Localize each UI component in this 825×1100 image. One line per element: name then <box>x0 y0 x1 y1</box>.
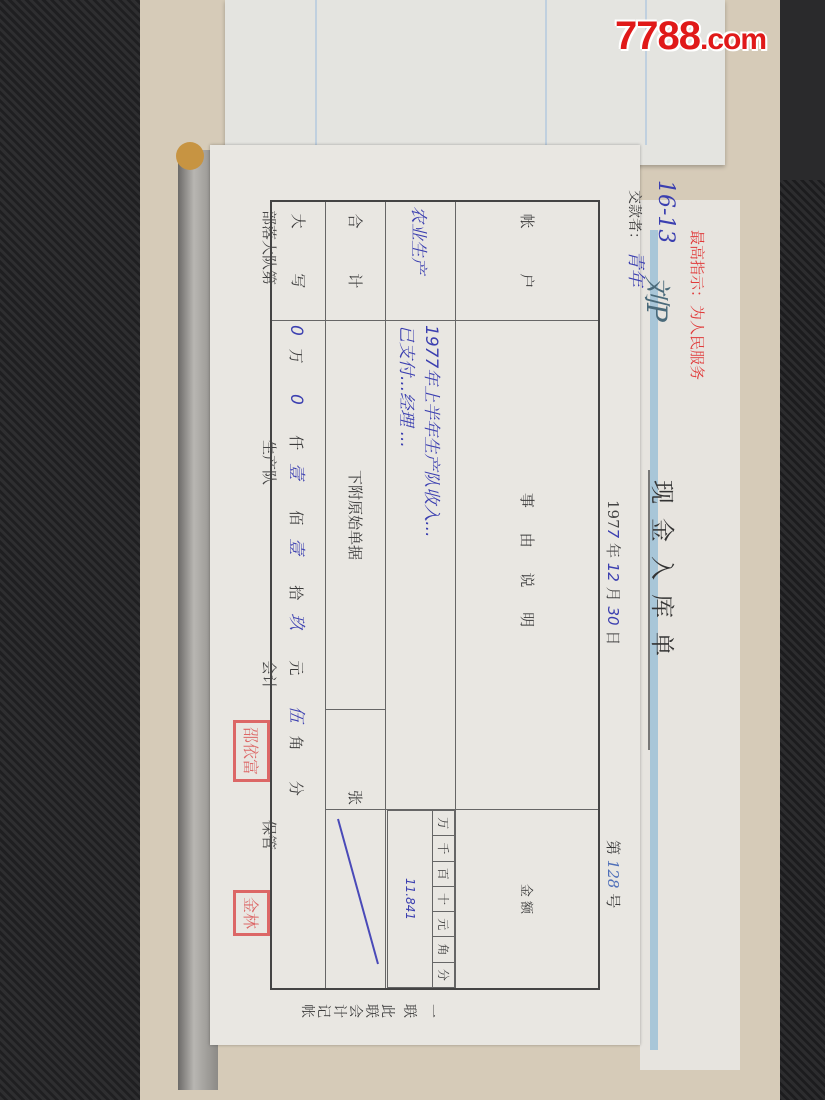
capital-amount: 0 万 0 仟 壹 佰 壹 拾 玖 元 伍 角 分 <box>271 321 326 990</box>
date-field: 1977 年 12 月 30 日 <box>603 500 624 645</box>
form-title: 现金入库单 <box>647 480 682 670</box>
title-underline <box>648 470 650 750</box>
tack-icon <box>176 142 204 170</box>
capital-row: 大 写 0 万 0 仟 壹 佰 壹 拾 玖 元 伍 角 分 <box>271 201 326 989</box>
amount-cells: 万 千 百 十 元 角 分 11.841 <box>386 810 456 990</box>
copy-note: 一 联 此联会计记帐 <box>299 1000 440 1020</box>
entry-row: 农业生产 1977年上半年生产队收入... 已支付...经理 ... 万 千 百… <box>386 201 456 989</box>
header-row: 帐 户 事 由 说 明 金 额 <box>456 201 599 989</box>
attached-docs: 下附原始单据 <box>326 321 386 710</box>
account-header: 帐 户 <box>456 201 599 321</box>
sheets-count: 张 <box>326 710 386 810</box>
watermark-logo: 7788.com <box>615 14 766 59</box>
total-amount <box>326 810 386 990</box>
payer-field: 交款者： 青年 <box>624 190 650 286</box>
receipt-table: 帐 户 事 由 说 明 金 额 农业生产 1977年上半年生产队收入... 已支… <box>270 200 600 990</box>
custodian-label: 保管 <box>259 820 280 850</box>
strike-line-icon <box>333 814 383 974</box>
reason-value: 1977年上半年生产队收入... 已支付...经理 ... <box>386 321 456 810</box>
accountant-stamp: 邵依富 <box>233 720 270 782</box>
team-label: 生产队 <box>259 440 280 485</box>
serial-number: 第 128 号 <box>603 840 624 908</box>
amount-digits: 11.841 <box>388 811 433 988</box>
custodian-stamp: 金林 <box>233 890 270 936</box>
accountant-label: 会计 <box>259 660 280 690</box>
reason-header: 事 由 说 明 <box>456 321 599 810</box>
account-value: 农业生产 <box>386 201 456 321</box>
directive-text: 最高指示：为人民服务 <box>687 230 708 380</box>
brigade-label: 部落大队第 <box>259 210 280 285</box>
total-row: 合 计 下附原始单据 张 <box>326 201 386 989</box>
cash-receipt-form: 最高指示：为人民服务 16-13 刘P 现金入库单 交款者： 青年 1977 年… <box>260 200 620 1000</box>
total-label: 合 计 <box>326 201 386 321</box>
amount-header: 金 额 <box>456 810 599 990</box>
handwritten-number: 16-13 <box>653 180 678 243</box>
